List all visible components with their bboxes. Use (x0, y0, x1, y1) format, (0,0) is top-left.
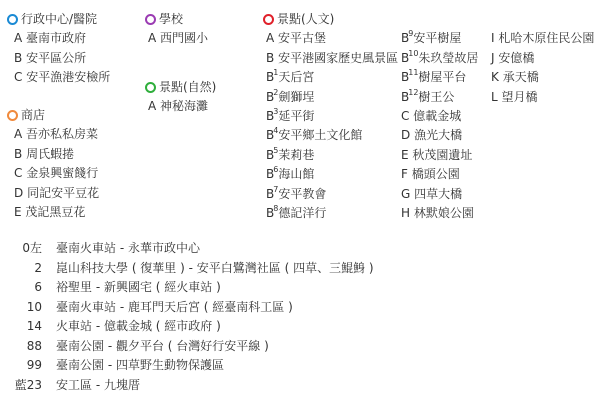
legend-item-name: 樹王公 (418, 90, 454, 104)
legend-item: A 安平古堡 (266, 29, 326, 47)
legend-item-subscript: 7 (273, 185, 278, 194)
legend-item-name: 安平區公所 (26, 51, 86, 65)
legend-item-name: 漁光大橋 (414, 128, 462, 142)
legend-item-key: K (491, 68, 499, 86)
legend-item: B12樹王公 (401, 88, 454, 106)
legend-item-name: 臺南市政府 (26, 31, 86, 45)
legend-item-key: C (14, 68, 22, 86)
legend-item-name: 億載金城 (413, 109, 461, 123)
bus-route-number: 藍23 (0, 376, 42, 394)
bus-route-description: 臺南公園 - 觀夕平台 ( 台灣好行安平線 ) (56, 337, 269, 355)
circle-marker-icon (145, 82, 156, 93)
bus-route-row: 6裕聖里 - 新興國宅 ( 經火車站 ) (0, 278, 600, 296)
legend-item: L 望月橋 (491, 88, 538, 106)
legend-item-key: D (401, 126, 410, 144)
legend-item: B6海山館 (266, 165, 314, 183)
circle-marker-icon (263, 14, 274, 25)
circle-marker-icon (145, 14, 156, 25)
bus-route-description: 崑山科技大學 ( 復華里 ) - 安平白鷺灣社區 ( 四草、三鯤鯓 ) (56, 259, 374, 277)
legend-item: A 西門國小 (148, 29, 208, 47)
bus-route-row: 藍23安工區 - 九塊厝 (0, 376, 600, 394)
legend-item-key: I (491, 29, 495, 47)
legend-item-name: 安億橋 (498, 51, 534, 65)
legend-item-name: 吾亦私私房菜 (26, 127, 98, 141)
legend-group-title: 景點(自然) (159, 78, 216, 96)
bus-route-row: 10臺南火車站 - 鹿耳門天后宮 ( 經臺南科工區 ) (0, 298, 600, 316)
legend-item-name: 安平教會 (278, 187, 326, 201)
legend-item-key: E (401, 146, 409, 164)
bus-route-description: 臺南火車站 - 鹿耳門天后宮 ( 經臺南科工區 ) (56, 298, 293, 316)
legend-item-name: 承天橋 (503, 70, 539, 84)
bus-route-number: 2 (0, 259, 42, 277)
legend-item-key: B (266, 49, 274, 67)
legend-item: A 吾亦私私房菜 (14, 125, 98, 143)
circle-marker-icon (7, 110, 18, 121)
legend-item-name: 德記洋行 (278, 206, 326, 220)
legend-item-key: C (14, 164, 22, 182)
bus-route-number: 14 (0, 317, 42, 335)
legend-item-key: G (401, 185, 410, 203)
legend-item-key: H (401, 204, 410, 222)
legend-group-title: 商店 (21, 106, 45, 124)
legend-item: B 周氏蝦捲 (14, 145, 74, 163)
legend-item: B3延平街 (266, 107, 314, 125)
legend-item-key: B (14, 145, 22, 163)
legend-item: A 神秘海灘 (148, 97, 208, 115)
legend-item: C 金泉興蜜餞行 (14, 164, 98, 182)
bus-route-description: 裕聖里 - 新興國宅 ( 經火車站 ) (56, 278, 221, 296)
legend-item-name: 金泉興蜜餞行 (26, 166, 98, 180)
legend-item-subscript: 3 (273, 107, 278, 116)
legend-item: B2劍獅埕 (266, 88, 314, 106)
legend-item-subscript: 12 (408, 88, 418, 97)
legend-item: B7安平教會 (266, 185, 326, 203)
legend-item-name: 樹屋平台 (418, 70, 466, 84)
legend-item-name: 延平街 (278, 109, 314, 123)
bus-route-number: 6 (0, 278, 42, 296)
bus-route-description: 火車站 - 億載金城 ( 經市政府 ) (56, 317, 221, 335)
legend-item: B10朱玖瑩故居 (401, 49, 478, 67)
legend-item: D 漁光大橋 (401, 126, 462, 144)
bus-route-description: 安工區 - 九塊厝 (56, 376, 140, 394)
bus-route-number: 88 (0, 337, 42, 355)
bus-route-description: 臺南公園 - 四草野生動物保護區 (56, 356, 224, 374)
legend-item-name: 札哈木原住民公園 (498, 31, 594, 45)
legend-item: J 安億橋 (491, 49, 534, 67)
bus-route-row: 99臺南公園 - 四草野生動物保護區 (0, 356, 600, 374)
legend-item: B9安平樹屋 (401, 29, 461, 47)
legend-item-key: A (266, 29, 274, 47)
legend-item-name: 海山館 (278, 167, 314, 181)
legend-item-key: A (14, 29, 22, 47)
legend-item: B 安平港國家歷史風景區 (266, 49, 398, 67)
legend-item: E 茂記黑豆花 (14, 203, 85, 221)
legend-group-nature: 景點(自然) (145, 78, 216, 96)
legend-item: B8德記洋行 (266, 204, 326, 222)
legend-item: C 安平漁港安檢所 (14, 68, 110, 86)
legend-item-subscript: 1 (273, 68, 278, 77)
legend-item-name: 橋頭公園 (412, 167, 460, 181)
legend-item-key: C (401, 107, 409, 125)
legend-item-key: A (148, 29, 156, 47)
legend-item: D 同記安平豆花 (14, 184, 99, 202)
legend-item: I 札哈木原住民公園 (491, 29, 594, 47)
legend-item: A 臺南市政府 (14, 29, 86, 47)
bus-route-row: 88臺南公園 - 觀夕平台 ( 台灣好行安平線 ) (0, 337, 600, 355)
legend-item-name: 茂記黑豆花 (25, 205, 85, 219)
legend-item-name: 安平漁港安檢所 (26, 70, 110, 84)
legend-item-name: 秋茂園遺址 (412, 148, 472, 162)
legend-item-name: 西門國小 (160, 31, 208, 45)
legend-item: E 秋茂園遺址 (401, 146, 472, 164)
legend-item: B1天后宮 (266, 68, 314, 86)
legend-item-subscript: 9 (408, 29, 413, 38)
bus-route-row: 14火車站 - 億載金城 ( 經市政府 ) (0, 317, 600, 335)
legend-item-name: 安平樹屋 (413, 31, 461, 45)
legend-item-name: 神秘海灘 (160, 99, 208, 113)
legend-item-subscript: 8 (273, 204, 278, 213)
legend-item-key: E (14, 203, 22, 221)
legend-group-school: 學校 (145, 10, 183, 28)
bus-route-number: 10 (0, 298, 42, 316)
legend-item-name: 望月橋 (502, 90, 538, 104)
legend-item-name: 安平鄉土文化館 (278, 128, 362, 142)
circle-marker-icon (7, 14, 18, 25)
bus-route-number: 99 (0, 356, 42, 374)
legend-group-culture: 景點(人文) (263, 10, 334, 28)
legend-item-key: F (401, 165, 408, 183)
legend-group-title: 學校 (159, 10, 183, 28)
legend-item-name: 林默娘公園 (414, 206, 474, 220)
legend-item-subscript: 2 (273, 88, 278, 97)
legend-item: F 橋頭公園 (401, 165, 460, 183)
legend-item-name: 周氏蝦捲 (26, 147, 74, 161)
legend-group-title: 景點(人文) (277, 10, 334, 28)
legend-item: K 承天橋 (491, 68, 539, 86)
legend-item: B4安平鄉土文化館 (266, 126, 362, 144)
legend-item-subscript: 6 (273, 165, 278, 174)
legend-item-key: D (14, 184, 23, 202)
legend-group-admin: 行政中心/醫院 (7, 10, 97, 28)
legend-item-name: 安平港國家歷史風景區 (278, 51, 398, 65)
legend-item: G 四草大橋 (401, 185, 462, 203)
legend-item-key: L (491, 88, 498, 106)
legend-item-key: B (14, 49, 22, 67)
legend-item-subscript: 11 (408, 68, 418, 77)
bus-route-number: 0左 (0, 239, 42, 257)
legend-item-name: 茉莉巷 (278, 148, 314, 162)
bus-route-row: 2崑山科技大學 ( 復華里 ) - 安平白鷺灣社區 ( 四草、三鯤鯓 ) (0, 259, 600, 277)
legend-item-name: 安平古堡 (278, 31, 326, 45)
legend-item: C 億載金城 (401, 107, 461, 125)
legend-item-subscript: 5 (273, 146, 278, 155)
legend-item-subscript: 4 (273, 126, 278, 135)
legend-item-name: 天后宮 (278, 70, 314, 84)
bus-route-row: 0左臺南火車站 - 永華市政中心 (0, 239, 600, 257)
bus-route-description: 臺南火車站 - 永華市政中心 (56, 239, 200, 257)
legend-group-title: 行政中心/醫院 (21, 10, 97, 28)
legend-item: B5茉莉巷 (266, 146, 314, 164)
legend-item-name: 劍獅埕 (278, 90, 314, 104)
legend-item-key: A (14, 125, 22, 143)
legend-item: H 林默娘公園 (401, 204, 474, 222)
legend-item-name: 同記安平豆花 (27, 186, 99, 200)
legend-item: B11樹屋平台 (401, 68, 466, 86)
legend-item-name: 四草大橋 (414, 187, 462, 201)
legend-item: B 安平區公所 (14, 49, 86, 67)
legend-item-subscript: 10 (408, 49, 418, 58)
legend-item-key: A (148, 97, 156, 115)
legend-item-key: J (491, 49, 495, 67)
legend-item-name: 朱玖瑩故居 (418, 51, 478, 65)
legend-group-shop: 商店 (7, 106, 45, 124)
